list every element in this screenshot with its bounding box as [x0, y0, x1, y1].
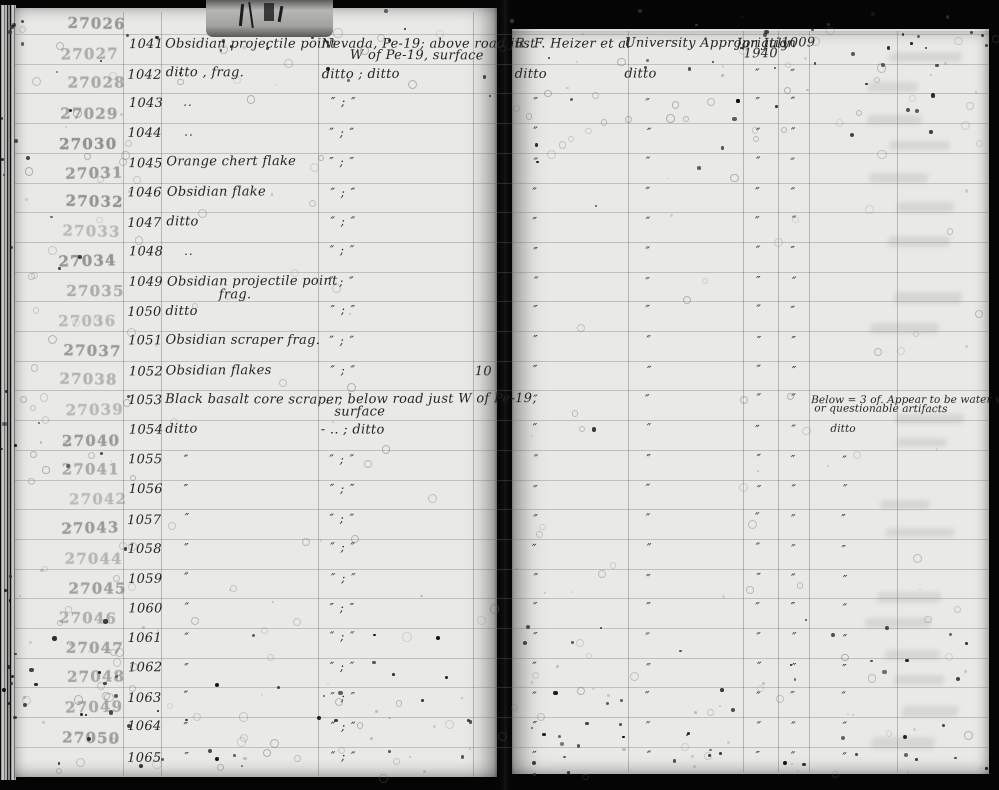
collector: ″ — [533, 245, 539, 259]
scan-speck — [115, 675, 118, 678]
scan-speck — [526, 625, 530, 629]
scan-speck — [622, 748, 625, 751]
scan-speck — [65, 606, 71, 612]
scan-speck — [976, 140, 983, 147]
scan-speck — [877, 63, 886, 72]
scan-speck — [20, 396, 27, 403]
scan-speck — [691, 755, 694, 758]
scan-speck — [513, 105, 520, 112]
scan-speck — [3, 174, 5, 176]
scan-speck — [19, 595, 21, 597]
remarks: ″ — [842, 750, 848, 764]
scan-speck — [792, 217, 799, 224]
date: ″ — [757, 719, 763, 733]
specimen-number: 1045 — [128, 156, 162, 171]
scan-speck — [702, 278, 708, 284]
scan-speck — [11, 675, 14, 678]
scan-speck — [98, 671, 101, 674]
specimen-number: 1060 — [128, 602, 162, 617]
scan-speck — [222, 39, 225, 42]
scan-speck — [130, 475, 136, 481]
scan-speck — [152, 760, 161, 769]
date: ″ — [756, 570, 762, 584]
scan-speck — [461, 697, 463, 699]
scan-speck — [571, 641, 573, 643]
scan-speck — [910, 42, 913, 45]
scan-speck — [924, 616, 932, 624]
ghost-stamp-bleedthrough — [876, 592, 941, 603]
scan-speck — [113, 658, 122, 667]
scan-speck — [142, 626, 145, 629]
scan-speck — [130, 663, 138, 671]
scan-speck — [956, 677, 960, 681]
locality: ″ ; ″ — [329, 512, 355, 526]
specimen-number: 1057 — [127, 513, 161, 528]
museum-number-stamp: 27049 — [53, 697, 123, 716]
description: Black basalt core scraper — [165, 392, 341, 408]
scan-speck — [40, 441, 42, 443]
specimen-number: 1056 — [129, 481, 163, 496]
scan-speck — [14, 653, 16, 655]
scan-speck — [0, 448, 3, 451]
scan-speck — [13, 716, 16, 719]
description: ″ — [185, 511, 191, 525]
ghost-stamp-bleedthrough — [889, 52, 963, 62]
scan-speck — [92, 174, 94, 176]
description: Obsidian scraper frag. — [165, 333, 320, 348]
scan-speck — [31, 364, 39, 372]
scan-speck — [600, 627, 602, 629]
scan-speck — [29, 641, 32, 644]
description: ″ — [183, 720, 189, 734]
date: ″ — [757, 659, 763, 673]
description: .. — [184, 244, 194, 258]
scan-speck — [511, 704, 518, 711]
scan-speck — [261, 627, 268, 634]
scan-speck — [853, 451, 861, 459]
clamp-mark — [239, 4, 244, 26]
scan-speck — [237, 737, 246, 746]
accession-number: ″ — [791, 542, 797, 556]
locality: ″ ; ″ — [330, 214, 356, 228]
date: ″ — [756, 540, 761, 554]
scan-speck — [294, 755, 301, 762]
scan-speck — [877, 150, 886, 159]
remarks: ″ — [841, 512, 846, 526]
scan-speck — [29, 668, 33, 672]
scan-speck — [683, 296, 691, 304]
scan-speck — [69, 525, 71, 527]
locality: ″ ; ″ — [329, 155, 355, 169]
specimen-number: 1064 — [127, 719, 161, 734]
description: Orange chert flake — [166, 154, 296, 169]
description: Obsidian flakes — [166, 363, 272, 378]
museum-number-stamp: 27040 — [50, 431, 120, 450]
column-rule — [778, 31, 779, 772]
collector: ″ — [533, 421, 538, 435]
date: ″ — [755, 423, 761, 437]
scan-speck — [985, 44, 988, 47]
specimen-number: 1055 — [128, 452, 162, 467]
scan-speck — [752, 127, 759, 134]
scan-speck — [566, 87, 568, 89]
description-line2: frag. — [219, 287, 252, 302]
museum-number-stamp: 27032 — [54, 192, 124, 212]
scan-speck — [191, 617, 199, 625]
accession-number: ″ — [792, 630, 798, 644]
scan-speck — [740, 396, 748, 404]
scan-speck — [774, 67, 776, 69]
scan-speck — [155, 345, 157, 347]
scan-speck — [556, 665, 558, 667]
scan-speck — [847, 713, 849, 715]
scan-speck — [1, 117, 4, 120]
ghost-stamp-bleedthrough — [880, 500, 931, 509]
fund: ″ — [646, 600, 652, 614]
collector: ″ — [533, 482, 539, 496]
locality: ″ ; ″ — [330, 243, 356, 257]
accession-number: ″ — [791, 95, 797, 109]
locality: ″ ; ″ — [331, 95, 357, 109]
scan-speck — [33, 307, 39, 313]
accession-number: ″ — [791, 719, 797, 733]
scan-speck — [646, 59, 649, 62]
scan-speck — [688, 67, 691, 70]
date: ″ — [755, 184, 761, 198]
locality: ″ ; ″ — [330, 363, 356, 377]
scan-speck — [732, 117, 736, 121]
collector: ″ — [532, 215, 538, 229]
scan-speck — [582, 33, 584, 35]
scan-speck — [719, 705, 721, 707]
museum-number-stamp: 27029 — [48, 105, 118, 123]
scan-speck — [2, 688, 6, 692]
ghost-stamp-bleedthrough — [901, 706, 958, 717]
scan-speck — [445, 676, 448, 679]
scan-speck — [263, 749, 271, 757]
scan-speck — [985, 767, 988, 770]
museum-number-stamp: 27037 — [51, 341, 121, 360]
date: ″ — [756, 690, 761, 704]
description: .. — [183, 95, 193, 109]
museum-number-stamp: 27043 — [49, 518, 119, 538]
scan-speck — [531, 681, 533, 683]
scan-speck — [372, 661, 376, 665]
scan-speck — [177, 79, 183, 85]
scan-speck — [694, 711, 697, 714]
scan-speck — [885, 626, 889, 630]
museum-number-stamp: 27045 — [56, 580, 126, 598]
scan-speck — [913, 728, 916, 731]
collector: ″ — [533, 362, 539, 376]
scan-speck — [8, 702, 11, 705]
clamp-mark — [248, 2, 254, 28]
fund: ″ — [647, 748, 653, 762]
scan-speck — [536, 161, 538, 163]
collector: ″ — [533, 630, 539, 644]
scan-speck — [814, 62, 816, 64]
remarks-line2: or questionable artifacts — [814, 403, 947, 416]
scan-speck — [536, 531, 543, 538]
collector: ″ — [533, 512, 539, 526]
scan-speck — [827, 23, 830, 26]
scan-speck — [10, 246, 13, 249]
ghost-stamp-bleedthrough — [865, 618, 932, 628]
fund: ″ — [646, 154, 652, 168]
scan-speck — [25, 167, 34, 176]
scan-speck — [498, 732, 507, 741]
scan-speck — [542, 733, 545, 736]
collector: ″ — [533, 303, 539, 317]
scan-speck — [942, 724, 945, 727]
scan-speck — [239, 712, 248, 721]
scan-speck — [794, 678, 796, 680]
scan-speck — [179, 72, 182, 75]
collector: ″ — [534, 274, 540, 288]
scan-speck — [559, 141, 566, 148]
scan-speck — [147, 343, 149, 345]
scan-speck — [436, 30, 444, 38]
scan-speck — [806, 89, 808, 91]
scan-speck — [120, 113, 123, 116]
description: ″ — [184, 452, 189, 466]
scan-speck — [563, 756, 565, 758]
scan-speck — [510, 19, 514, 23]
scan-speck — [757, 470, 759, 472]
remarks: ″ — [843, 572, 849, 586]
remarks: ″ — [842, 661, 847, 675]
scan-speck — [719, 752, 722, 755]
scan-speck — [477, 616, 486, 625]
specimen-number: 1041 — [129, 37, 163, 52]
scan-speck — [906, 108, 910, 112]
description: ″ — [184, 689, 190, 703]
scan-speck — [841, 654, 849, 662]
scan-speck — [100, 452, 103, 455]
accession-number: ″ — [790, 244, 796, 258]
remarks: ″ — [843, 632, 849, 646]
scan-speck — [377, 34, 385, 42]
description: ″ — [184, 630, 190, 644]
accession-number: ″ — [791, 600, 797, 614]
ghost-stamp-bleedthrough — [893, 292, 962, 304]
date: ″ — [756, 451, 762, 465]
scan-speck — [357, 722, 363, 728]
scan-speck — [310, 163, 319, 172]
accession-number: ″ — [790, 689, 796, 703]
accession-number: ″ — [790, 155, 796, 169]
scan-speck — [26, 156, 30, 160]
accession-number: 1009 — [781, 35, 815, 50]
specimen-number: 1049 — [129, 274, 163, 289]
scan-speck — [65, 126, 67, 128]
scan-speck — [607, 694, 610, 697]
scan-speck — [66, 464, 70, 468]
ghost-stamp-bleedthrough — [871, 737, 936, 749]
locality: ditto ; ditto — [322, 66, 400, 81]
scan-speck — [338, 691, 342, 695]
collector: ″ — [533, 600, 539, 614]
column-rule — [628, 31, 629, 772]
description: Obsidian projectile point — [167, 273, 338, 289]
scan-speck — [868, 674, 876, 682]
collector: ″ — [533, 124, 539, 138]
ghost-stamp-bleedthrough — [868, 173, 928, 183]
scan-speck — [683, 116, 689, 122]
scan-speck — [23, 696, 26, 699]
scan-speck — [523, 641, 527, 645]
scan-speck — [333, 28, 342, 37]
locality: ″ ; ″ — [331, 571, 357, 585]
fund: ″ — [646, 452, 651, 466]
scan-speck — [103, 619, 107, 623]
scan-speck — [347, 79, 350, 82]
date: ″ — [757, 391, 763, 405]
scan-speck — [811, 28, 814, 31]
scan-speck — [547, 150, 556, 159]
fund: ″ — [646, 333, 652, 347]
remarks: ″ — [843, 719, 849, 733]
scan-speck — [548, 57, 550, 59]
scan-speck — [673, 759, 676, 762]
scan-speck — [90, 442, 92, 444]
ghost-stamp-bleedthrough — [893, 675, 944, 685]
specimen-number: 1053 — [128, 393, 162, 408]
scan-speck — [709, 749, 711, 751]
scan-speck — [929, 130, 933, 134]
scan-speck — [757, 685, 763, 691]
scan-speck — [56, 42, 64, 50]
scan-speck — [832, 771, 839, 778]
scan-speck — [192, 303, 198, 309]
scan-speck — [579, 426, 585, 432]
fund: ″ — [645, 630, 650, 644]
museum-number-stamp: 27031 — [54, 163, 124, 182]
accession-number: ″ — [791, 422, 797, 436]
date: ″ — [757, 334, 762, 348]
remarks: ″ — [841, 690, 847, 704]
fund: ″ — [647, 363, 653, 377]
collector: ″ — [532, 185, 538, 199]
scan-speck — [730, 174, 739, 183]
scan-speck — [666, 114, 675, 123]
scan-speck — [672, 101, 679, 108]
scan-speck — [382, 445, 391, 454]
date: ″ — [756, 362, 762, 376]
fund: ″ — [646, 511, 651, 525]
scan-speck — [740, 15, 744, 19]
scan-speck — [109, 710, 113, 714]
fund: ″ — [645, 96, 651, 110]
scan-speck — [947, 228, 954, 235]
specimen-number: 1048 — [129, 244, 163, 259]
scan-speck — [423, 770, 426, 773]
scan-speck — [802, 427, 811, 436]
collector: ″ — [533, 719, 539, 733]
accession-number: ″ — [792, 660, 798, 674]
scan-speck — [944, 62, 947, 65]
scan-speck — [9, 599, 11, 601]
scan-speck — [576, 61, 578, 63]
accession-number: ″ — [791, 125, 797, 139]
date: ″ — [755, 66, 761, 80]
description: ″ — [185, 601, 191, 615]
collector: ″ — [534, 452, 540, 466]
fund: ″ — [647, 421, 653, 435]
scan-speck — [670, 214, 673, 217]
collector: ditto — [515, 66, 547, 81]
scan-speck — [970, 31, 973, 34]
scan-speck — [601, 119, 607, 125]
scan-speck — [50, 216, 53, 219]
scan-speck — [585, 128, 592, 135]
scan-speck — [720, 688, 724, 692]
scan-speck — [370, 737, 373, 740]
scan-speck — [103, 682, 107, 686]
date: ″ — [756, 154, 762, 168]
scan-speck — [119, 158, 127, 166]
scan-speck — [887, 46, 890, 49]
scan-speck — [965, 189, 968, 192]
ghost-stamp-bleedthrough — [869, 323, 939, 334]
scan-speck — [537, 713, 545, 721]
museum-number-stamp: 27035 — [54, 282, 124, 300]
scan-speck — [871, 12, 875, 16]
locality: ″ ; ″ — [330, 659, 356, 673]
scan-speck — [127, 724, 131, 728]
remarks: ″ — [843, 481, 849, 495]
scan-speck — [360, 46, 369, 55]
scan-speck — [595, 205, 597, 207]
scan-speck — [88, 651, 90, 653]
scan-speck — [544, 592, 546, 594]
ghost-stamp-bleedthrough — [885, 528, 954, 537]
scan-speck — [128, 583, 136, 591]
scan-speck — [870, 660, 873, 663]
scan-speck — [396, 700, 402, 706]
locality: ″ ; ″ — [329, 126, 355, 140]
scan-speck — [638, 9, 642, 13]
fund: ditto — [624, 66, 656, 81]
locality: ″ ; ″ — [329, 452, 355, 466]
scan-speck — [856, 110, 862, 116]
page-stack-edge — [0, 5, 16, 780]
scan-speck — [913, 554, 922, 563]
scan-speck — [687, 732, 690, 735]
scan-speck — [309, 200, 316, 207]
scan-speck — [243, 46, 246, 49]
accession-number: ″ — [791, 452, 797, 466]
scan-speck — [375, 710, 378, 713]
scan-speck — [230, 45, 232, 47]
scan-speck — [946, 15, 949, 18]
scan-speck — [727, 741, 730, 744]
museum-number-stamp: 27030 — [47, 135, 117, 153]
specimen-number: 1054 — [129, 423, 163, 438]
locality: ″ ; ″ — [330, 303, 356, 317]
specimen-number: 1063 — [127, 691, 161, 706]
fund: ″ — [645, 244, 651, 258]
column-rule — [809, 31, 810, 772]
scan-speck — [217, 764, 224, 771]
scan-speck — [560, 742, 564, 746]
scan-speck — [104, 693, 113, 702]
scan-speck — [128, 190, 131, 193]
scan-speck — [379, 774, 388, 783]
specimen-number: 1046 — [127, 185, 161, 200]
scan-speck — [836, 119, 843, 126]
fund: ″ — [646, 215, 652, 229]
